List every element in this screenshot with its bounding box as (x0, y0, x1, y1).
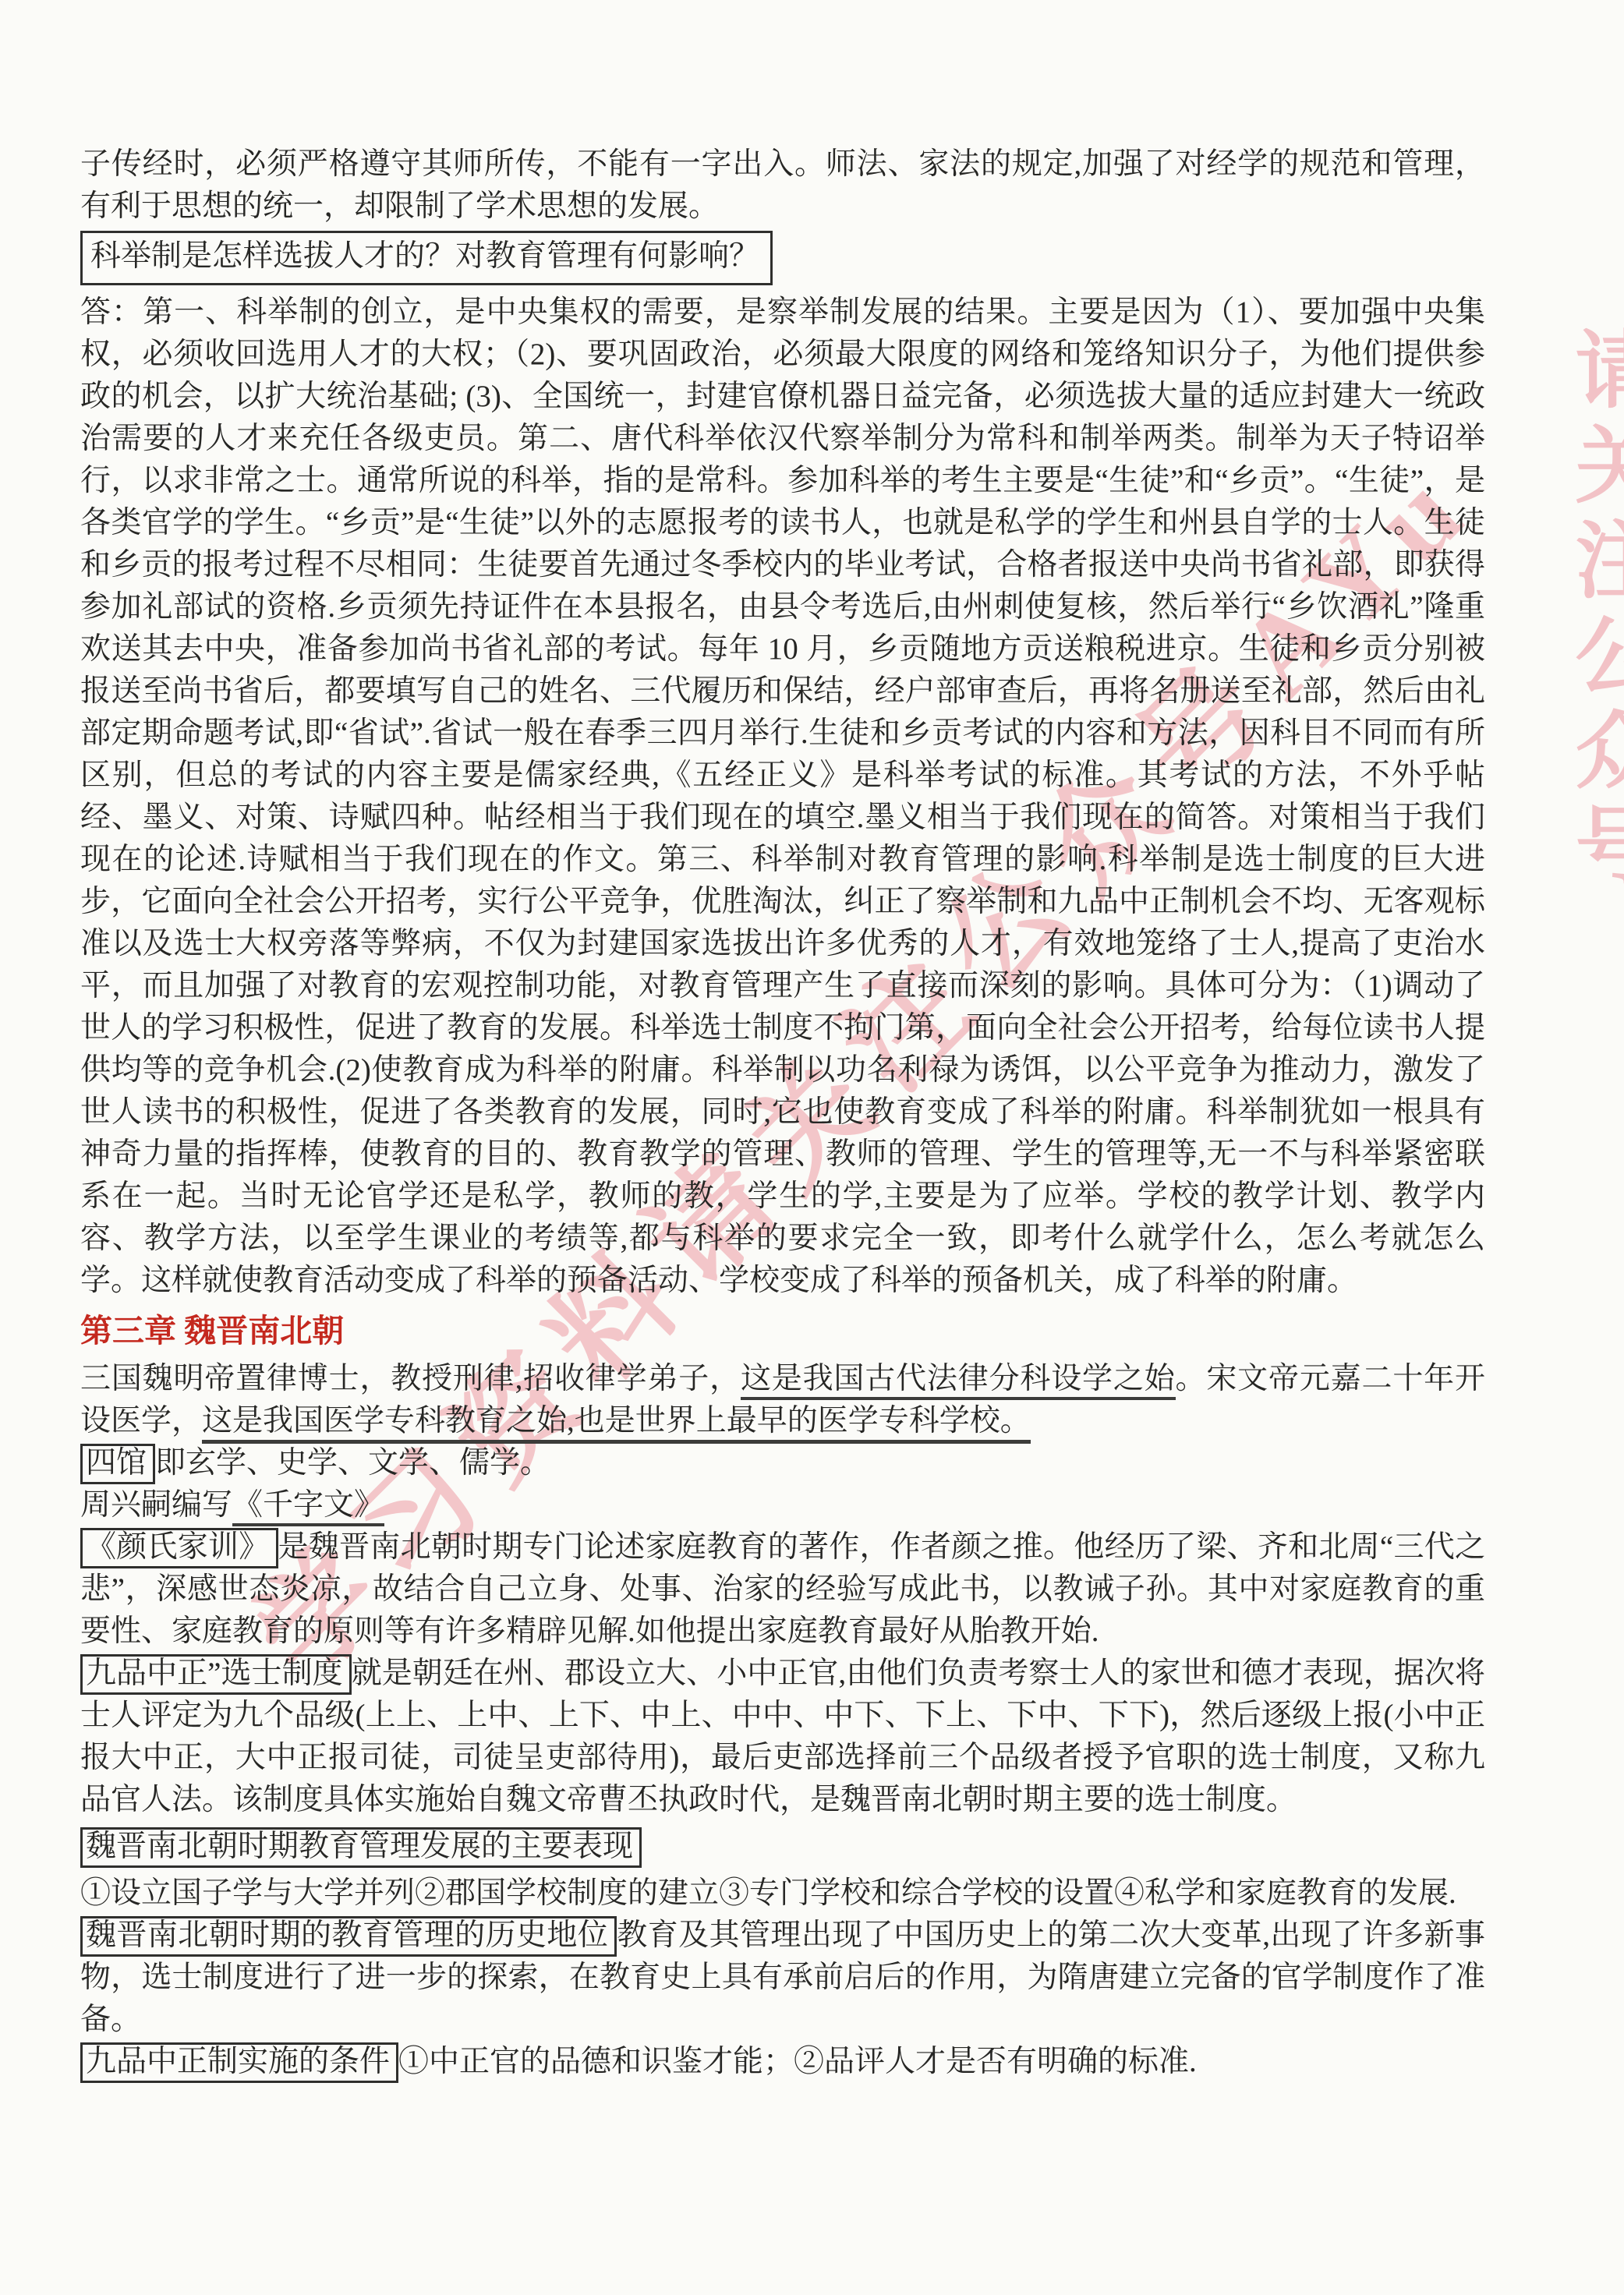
medicine-underlined-text: 这是我国医学专科教育之始,也是世界上最早的医学专科学校。 (202, 1404, 1031, 1444)
tiaojian-definition: ①中正官的品德和识鉴才能；②品评人才是否有明确的标准. (398, 2045, 1197, 2078)
document-body: 子传经时，必须严格遵守其师所传，不能有一字出入。师法、家法的规定,加强了对经学的… (80, 143, 1485, 2083)
paragraph-lishi-diwei: 魏晋南北朝时期的教育管理的历史地位教育及其管理出现了中国历史上的第二次大变革,出… (80, 1915, 1485, 2041)
paragraph-siguan: 四馆即玄学、史学、文学、儒学。 (80, 1442, 1485, 1484)
paragraph-jiupin-zhongzheng: 九品中正”选士制度就是朝廷在州、郡设立大、小中正官,由他们负责考察士人的家世和德… (80, 1653, 1485, 1821)
paragraph-qianziwen: 周兴嗣编写《千字文》 (80, 1484, 1485, 1526)
paragraph-answer-keju: 答：第一、科举制的创立，是中央集权的需要，是察举制发展的结果。主要是因为（1）、… (80, 292, 1485, 1302)
jiupin-term-box: 九品中正”选士制度 (80, 1654, 352, 1695)
yanshi-term-box: 《颜氏家训》 (80, 1528, 278, 1568)
law-lead-text: 三国魏明帝置律博士，教授刑律,招收律学弟子， (80, 1362, 741, 1395)
paragraph-shifa-jiafa: 子传经时，必须严格遵守其师所传，不能有一字出入。师法、家法的规定,加强了对经学的… (80, 143, 1485, 228)
yanshi-definition: 是魏晋南北朝时期专门论述家庭教育的著作，作者颜之推。他经历了梁、齐和北周“三代之… (80, 1530, 1485, 1648)
qianziwen-lead-text: 周兴嗣编写 (80, 1488, 232, 1522)
paragraph-yanshi-jiaxun: 《颜氏家训》是魏晋南北朝时期专门论述家庭教育的著作，作者颜之推。他经历了梁、齐和… (80, 1526, 1485, 1653)
law-underlined-text: 这是我国古代法律分科设学之始 (741, 1362, 1176, 1400)
document-page: 学习资料请关注公众号AYu 请关注公众号 子传经时，必须严格遵守其师所传，不能有… (0, 0, 1624, 2295)
question-box-keju: 科举制是怎样选拔人才的？对教育管理有何影响？ (80, 231, 773, 285)
paragraph-biaoxian-heading: 魏晋南北朝时期教育管理发展的主要表现 (80, 1826, 1485, 1868)
paragraph-law-medicine: 三国魏明帝置律博士，教授刑律,招收律学弟子，这是我国古代法律分科设学之始。宋文帝… (80, 1358, 1485, 1442)
right-edge-watermark: 请关注公众号 (1548, 326, 1624, 896)
paragraph-shishi-tiaojian: 九品中正制实施的条件①中正官的品德和识鉴才能；②品评人才是否有明确的标准. (80, 2041, 1485, 2083)
qianziwen-title-underlined: 《千字文》 (232, 1488, 384, 1526)
diwei-term-box: 魏晋南北朝时期的教育管理的历史地位 (80, 1916, 617, 1957)
tiaojian-term-box: 九品中正制实施的条件 (80, 2042, 398, 2083)
paragraph-biaoxian-items: ①设立国子学与大学并列②郡国学校制度的建立③专门学校和综合学校的设置④私学和家庭… (80, 1872, 1485, 1915)
chapter-heading: 第三章 魏晋南北朝 (80, 1310, 1485, 1352)
siguan-term-box: 四馆 (80, 1444, 155, 1484)
siguan-definition: 即玄学、史学、文学、儒学。 (155, 1446, 550, 1480)
biaoxian-term-box: 魏晋南北朝时期教育管理发展的主要表现 (80, 1827, 642, 1868)
